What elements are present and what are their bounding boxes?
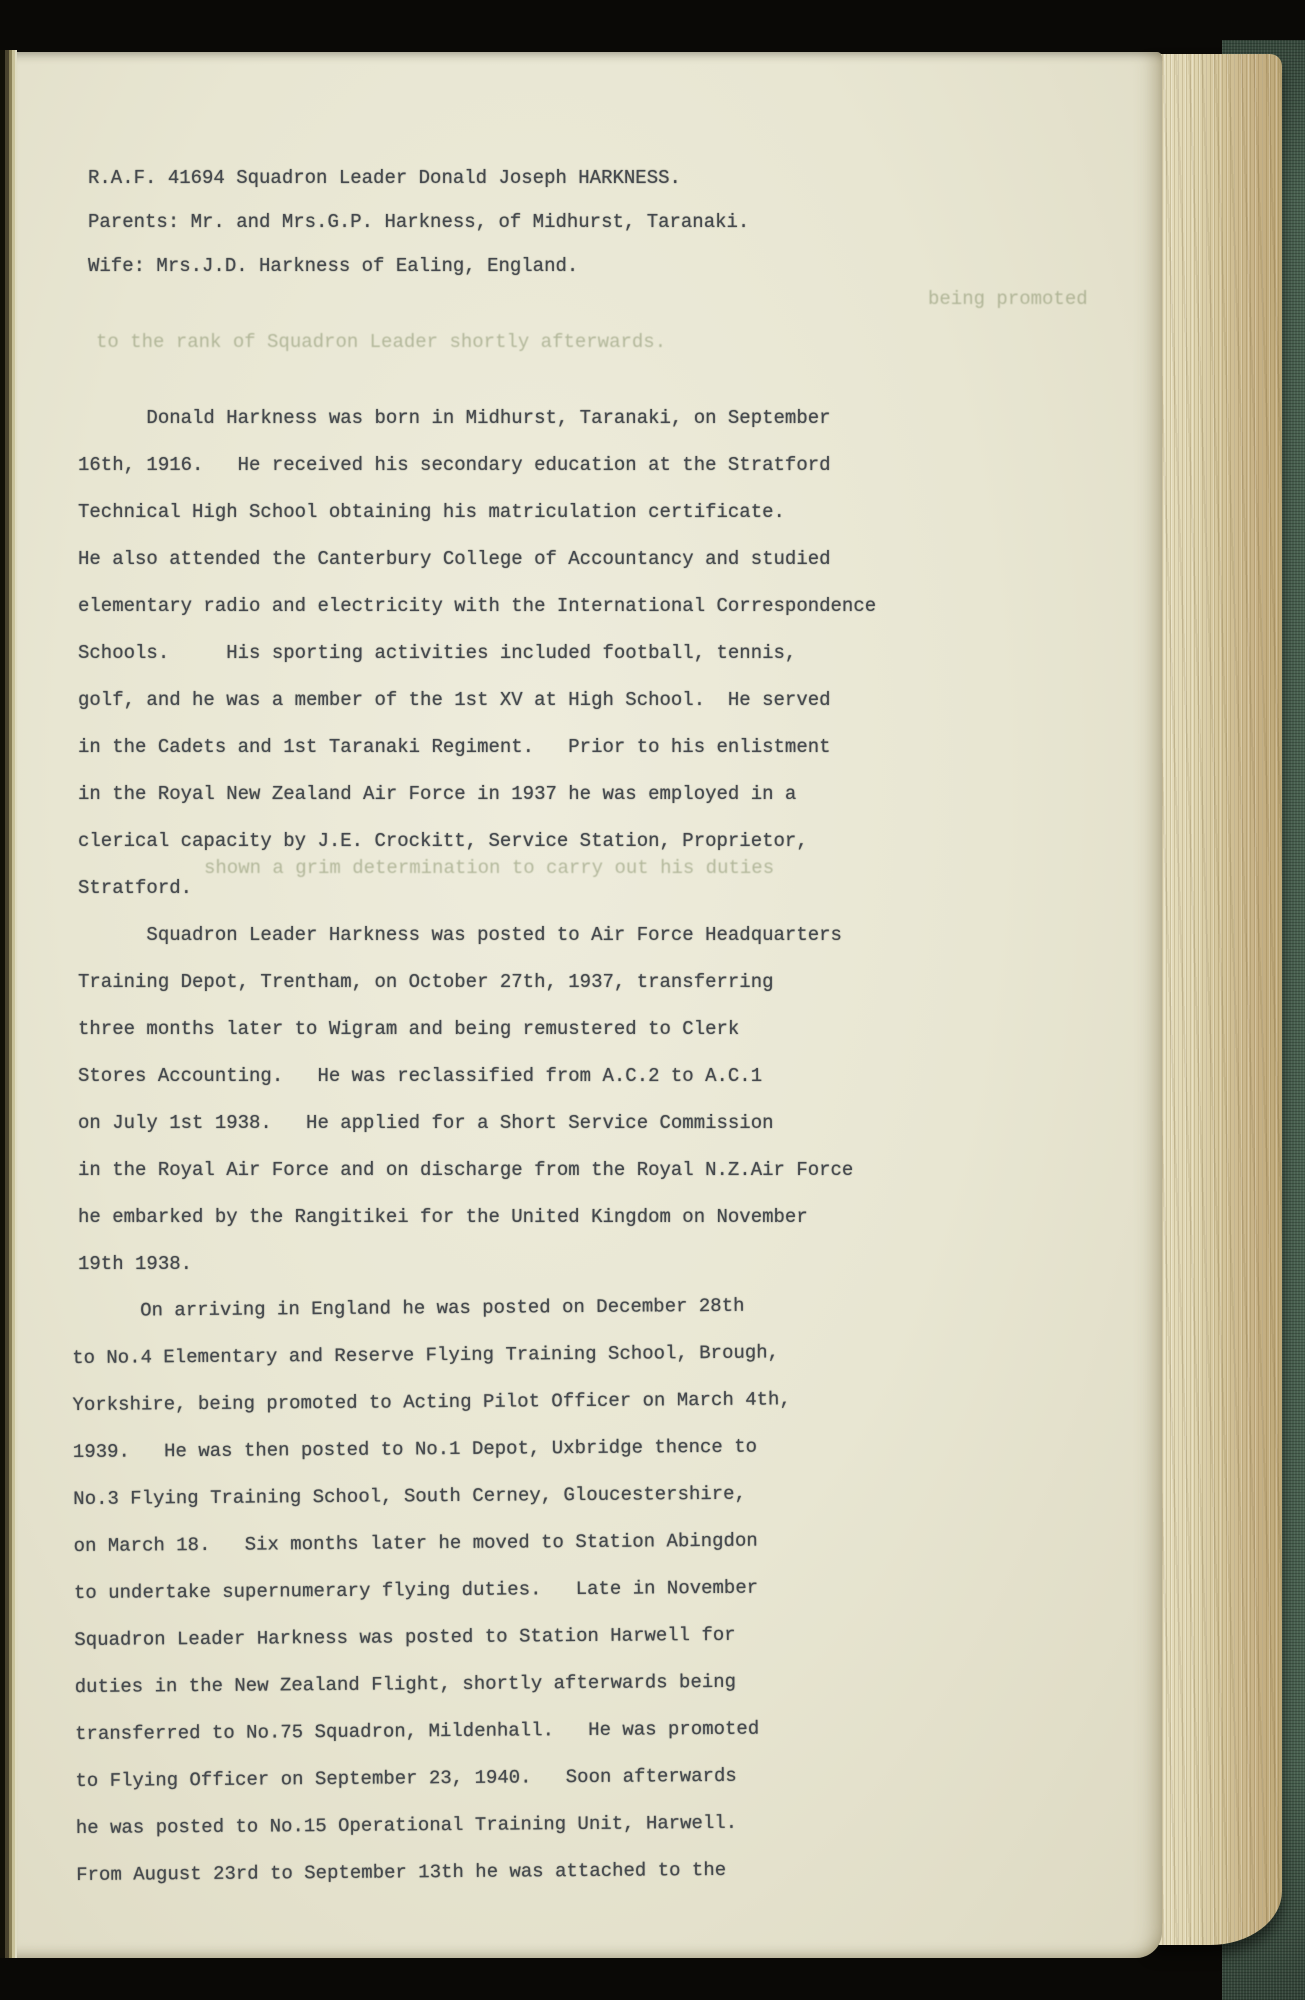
ghost-showthrough-text: being promoted [928, 287, 1088, 311]
typed-paragraph-early-life: Donald Harkness was born in Midhurst, Ta… [78, 395, 876, 912]
typed-paragraph-rnzaf-service: Squadron Leader Harkness was posted to A… [78, 912, 853, 1288]
binding-left-edge [0, 50, 17, 1958]
typed-paragraph-raf-service: On arriving in England he was posted on … [72, 1282, 795, 1899]
page-fore-edge-stack [1150, 54, 1282, 1945]
service-record-header: R.A.F. 41694 Squadron Leader Donald Jose… [88, 156, 749, 288]
book-page-scan: { "colors": { "paper": "#e8e6d2", "ink":… [0, 0, 1305, 2000]
ghost-showthrough-text: to the rank of Squadron Leader shortly a… [96, 330, 666, 354]
